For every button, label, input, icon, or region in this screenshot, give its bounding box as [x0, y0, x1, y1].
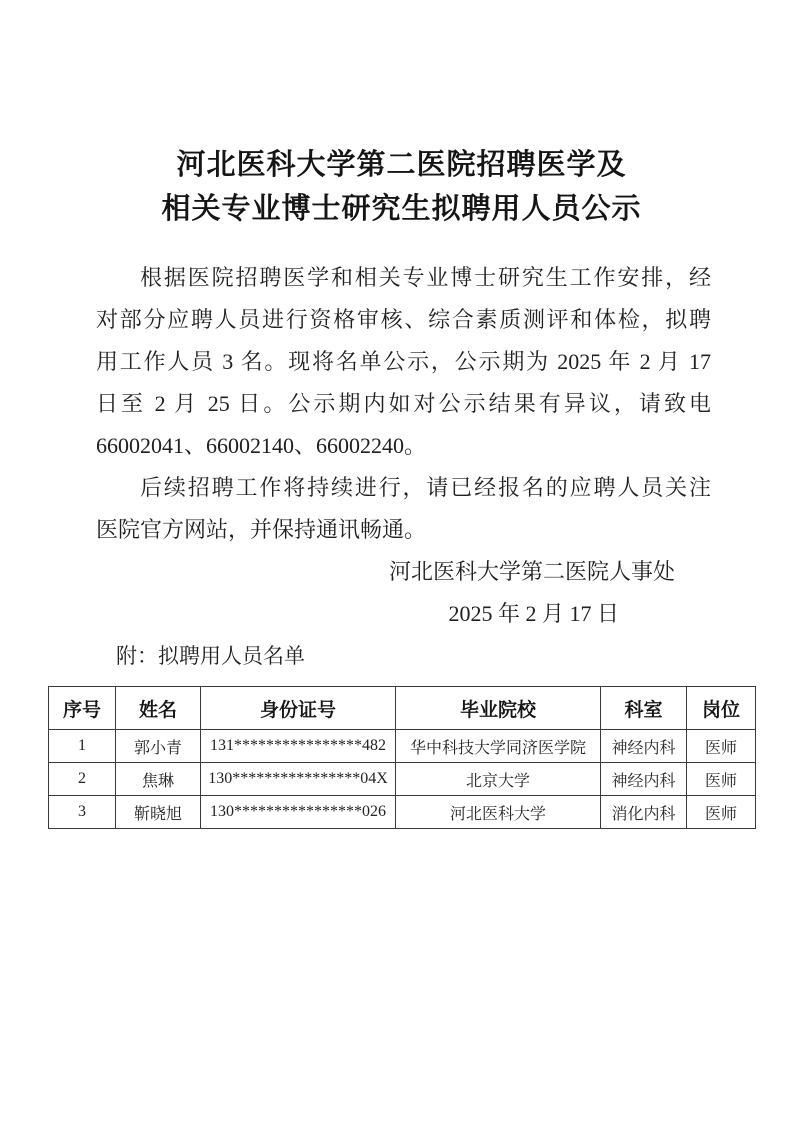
document-title: 河北医科大学第二医院招聘医学及 相关专业博士研究生拟聘用人员公示 — [48, 143, 755, 231]
table-header-cell: 科室 — [601, 687, 687, 730]
table-header-cell: 序号 — [49, 687, 116, 730]
table-cell: 北京大学 — [396, 763, 601, 796]
paragraph: 后续招聘工作将持续进行，请已经报名的应聘人员关注医院官方网站，并保持通讯畅通。 — [96, 467, 711, 551]
table-cell: 医师 — [687, 763, 756, 796]
table-cell: 神经内科 — [601, 730, 687, 763]
table-cell: 华中科技大学同济医学院 — [396, 730, 601, 763]
table-cell: 靳晓旭 — [116, 796, 201, 829]
table-cell: 3 — [49, 796, 116, 829]
table-header-cell: 姓名 — [116, 687, 201, 730]
table-row: 3靳晓旭130****************026河北医科大学消化内科医师 — [49, 796, 756, 829]
attachment-label: 附：拟聘用人员名单 — [96, 635, 711, 677]
table-cell: 医师 — [687, 730, 756, 763]
table-header-row-container: 序号姓名身份证号毕业院校科室岗位 — [49, 687, 756, 730]
signature-line: 河北医科大学第二医院人事处 — [96, 551, 711, 593]
table-cell: 神经内科 — [601, 763, 687, 796]
table-row: 1郭小青131****************482华中科技大学同济医学院神经内… — [49, 730, 756, 763]
paragraphs-container: 根据医院招聘医学和相关专业博士研究生工作安排，经对部分应聘人员进行资格审核、综合… — [96, 257, 711, 551]
table-body: 1郭小青131****************482华中科技大学同济医学院神经内… — [49, 730, 756, 829]
paragraph-line: 根据医院招聘医学和相关专业博士研究生工作安排，经 — [96, 257, 711, 299]
table-header-cell: 毕业院校 — [396, 687, 601, 730]
paragraph-line: 后续招聘工作将持续进行，请已经报名的应聘人员关注 — [96, 467, 711, 509]
paragraph-line: 66002041、66002140、66002240。 — [96, 425, 711, 467]
table-cell: 医师 — [687, 796, 756, 829]
paragraph-line: 日至 2 月 25 日。公示期内如对公示结果有异议，请致电 — [96, 383, 711, 425]
table-row: 2焦琳130****************04X北京大学神经内科医师 — [49, 763, 756, 796]
date-line: 2025 年 2 月 17 日 — [96, 593, 711, 635]
table-cell: 郭小青 — [116, 730, 201, 763]
title-line-1: 河北医科大学第二医院招聘医学及 — [176, 149, 626, 181]
title-line-2: 相关专业博士研究生拟聘用人员公示 — [161, 193, 641, 225]
table-cell: 130****************026 — [201, 796, 396, 829]
document-body: 根据医院招聘医学和相关专业博士研究生工作安排，经对部分应聘人员进行资格审核、综合… — [96, 257, 711, 677]
table-header-row: 序号姓名身份证号毕业院校科室岗位 — [49, 687, 756, 730]
paragraph-line: 医院官方网站，并保持通讯畅通。 — [96, 509, 711, 551]
paragraph: 根据医院招聘医学和相关专业博士研究生工作安排，经对部分应聘人员进行资格审核、综合… — [96, 257, 711, 467]
personnel-table: 序号姓名身份证号毕业院校科室岗位 1郭小青131****************… — [48, 686, 756, 829]
table-cell: 1 — [49, 730, 116, 763]
paragraph-line: 对部分应聘人员进行资格审核、综合素质测评和体检，拟聘 — [96, 299, 711, 341]
table-cell: 河北医科大学 — [396, 796, 601, 829]
table-header-cell: 岗位 — [687, 687, 756, 730]
table-cell: 131****************482 — [201, 730, 396, 763]
table-cell: 消化内科 — [601, 796, 687, 829]
table-cell: 2 — [49, 763, 116, 796]
document-page: 河北医科大学第二医院招聘医学及 相关专业博士研究生拟聘用人员公示 根据医院招聘医… — [0, 0, 800, 1131]
table-cell: 焦琳 — [116, 763, 201, 796]
paragraph-line: 用工作人员 3 名。现将名单公示，公示期为 2025 年 2 月 17 — [96, 341, 711, 383]
table-cell: 130****************04X — [201, 763, 396, 796]
table-header-cell: 身份证号 — [201, 687, 396, 730]
